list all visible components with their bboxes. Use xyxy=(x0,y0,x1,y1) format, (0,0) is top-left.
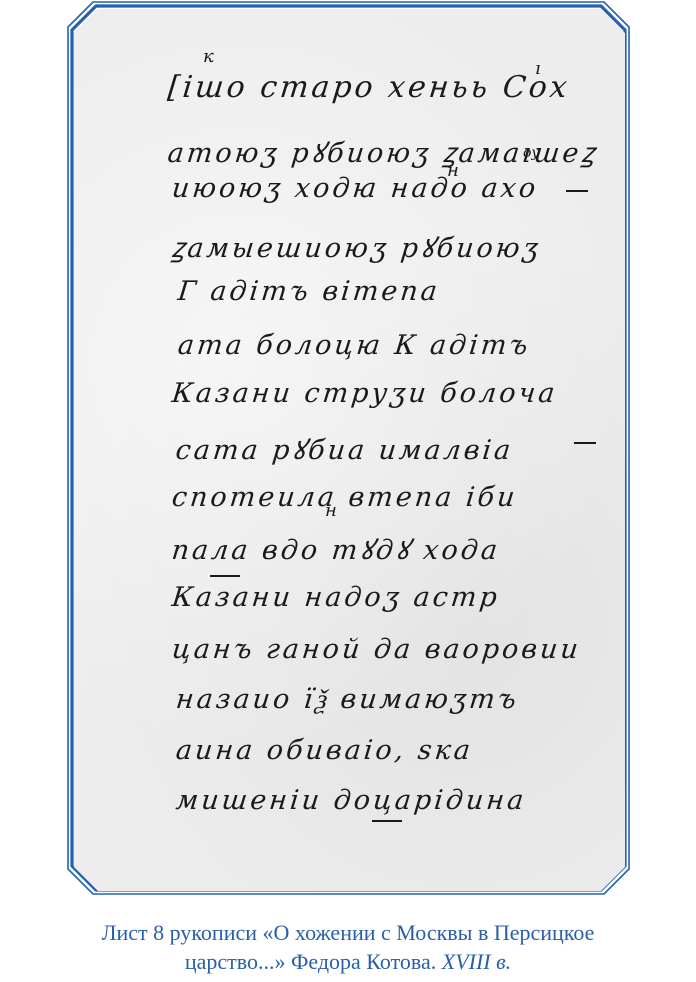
margin-dash xyxy=(566,190,588,192)
manuscript-line: сата рꙋбиа ималвіа xyxy=(174,430,515,467)
margin-dash xyxy=(574,442,596,444)
underline-stroke xyxy=(372,820,402,822)
manuscript-line: спотеила втепа іби xyxy=(170,482,519,513)
manuscript-line: Казани надоʒ астр xyxy=(170,582,501,613)
manuscript-line: июоюʒ ходꙗ надо ахо xyxy=(170,173,539,204)
caption-text: царство...» Федора Котова. xyxy=(185,949,442,974)
manuscript-line: пала вдо тꙋдꙋ хода xyxy=(170,530,502,567)
manuscript-line: аина обиваіо, ѕка xyxy=(174,735,474,766)
manuscript-line: мишеніи доцарідина xyxy=(174,785,528,816)
superscript-mark: к xyxy=(203,46,214,67)
manuscript-line: ата болоцꙗ К адітъ xyxy=(176,330,532,361)
figure-caption: Лист 8 рукописи «О хожении с Москвы в Пе… xyxy=(0,918,696,976)
caption-line-2: царство...» Федора Котова. XVIII в. xyxy=(0,947,696,976)
caption-line-1: Лист 8 рукописи «О хожении с Москвы в Пе… xyxy=(0,918,696,947)
manuscript-line: цанъ ганой да ваоровии xyxy=(170,634,582,665)
caption-century: XVIII в. xyxy=(442,949,511,974)
manuscript-line: назаио їѯ вимаюʒтъ xyxy=(174,684,520,715)
manuscript-line: [ішо старо хеньь Сох xyxy=(166,70,572,105)
manuscript-line: атоюʒ рꙋбиоюʒ ꙁамаıшеꙁ xyxy=(166,133,599,170)
manuscript-line: Казани струʒи болоча xyxy=(170,378,559,409)
underline-stroke xyxy=(210,575,240,577)
manuscript-line: Г адітъ вітепа xyxy=(176,276,441,307)
manuscript-line: ꙁамыешиоюʒ рꙋбиоюʒ xyxy=(170,228,543,265)
